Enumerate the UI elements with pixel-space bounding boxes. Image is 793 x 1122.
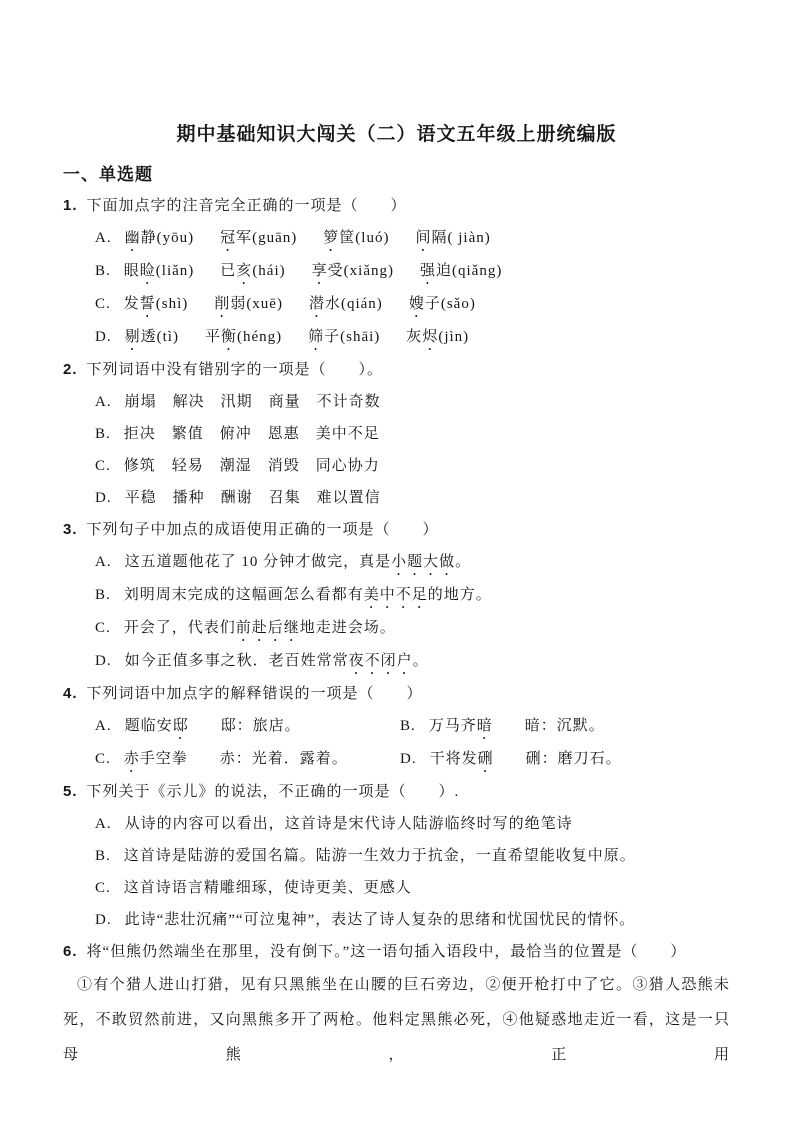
option-a: A.崩塌 解决 汛期 商量 不计奇数 [95, 386, 730, 418]
word-item: 平衡(héng) [205, 329, 282, 345]
option-text: 修筑 轻易 潮湿 消毁 同心协力 [124, 458, 380, 474]
option-label: B. [95, 426, 111, 442]
option-label: A. [95, 816, 112, 832]
question-stem-text: 将“但熊仍然端坐在那里，没有倒下。”这一语句插入语段中，最恰当的位置是（ ） [87, 944, 687, 960]
option-label: C. [95, 458, 111, 474]
word-item: 眼睑(liǎn) [124, 263, 195, 279]
word-item: 发誓(shì) [124, 296, 189, 312]
question-4: 4.下列词语中加点字的解释错误的一项是（ ） A.题临安邸 邸：旅店。 B.万马… [63, 678, 730, 776]
option-a: A.这五道题他花了 10 分钟才做完，真是小题大做。 [95, 546, 730, 579]
question-6: 6.将“但熊仍然端坐在那里，没有倒下。”这一语句插入语段中，最恰当的位置是（ ）… [63, 936, 730, 1073]
option-a: A.题临安邸 邸：旅店。 [95, 710, 400, 743]
question-3: 3.下列句子中加点的成语使用正确的一项是（ ） A.这五道题他花了 10 分钟才… [63, 514, 730, 678]
option-label: D. [400, 751, 417, 767]
option-c: C.开会了，代表们前赴后继地走进会场。 [95, 612, 730, 645]
word-item: 强迫(qiǎng) [420, 263, 502, 279]
option-label: A. [95, 394, 112, 410]
option-c: C.这首诗语言精雕细琢，使诗更美、更感人 [95, 872, 730, 904]
exam-document-page: 期中基础知识大闯关（二）语文五年级上册统编版 一、单选题 1.下面加点字的注音完… [0, 0, 793, 1122]
question-2: 2.下列词语中没有错别字的一项是（ ）。 A.崩塌 解决 汛期 商量 不计奇数 … [63, 354, 730, 514]
question-1: 1.下面加点字的注音完全正确的一项是（ ） A.幽静(yōu)冠军(guān)箩… [63, 190, 730, 354]
option-label: D. [95, 490, 112, 506]
option-text: 这首诗语言精雕细琢，使诗更美、更感人 [124, 880, 412, 896]
option-row: C.赤手空拳 赤：光着．露着。 D.干将发硎 硎：磨刀石。 [95, 743, 730, 776]
question-stem-text: 下列句子中加点的成语使用正确的一项是（ ） [87, 522, 439, 538]
option-b: B.拒决 繁值 俯冲 恩惠 美中不足 [95, 418, 730, 450]
option-d: D.此诗“悲壮沉痛”“可泣鬼神”，表达了诗人复杂的思绪和忧国忧民的情怀。 [95, 904, 730, 936]
option-label: D. [95, 329, 112, 345]
option-label: A. [95, 718, 112, 734]
option-text: 平稳 播种 酬谢 召集 难以置信 [125, 490, 381, 506]
question-number: 3. [63, 521, 78, 538]
question-number: 1. [63, 197, 78, 214]
question-1-stem: 1.下面加点字的注音完全正确的一项是（ ） [63, 190, 730, 222]
option-text: 这首诗是陆游的爱国名篇。陆游一生效力于抗金，一直希望能收复中原。 [124, 848, 636, 864]
word-item: 嫂子(sǎo) [409, 296, 476, 312]
word-item: 箩筐(luó) [323, 230, 389, 246]
question-4-stem: 4.下列词语中加点字的解释错误的一项是（ ） [63, 678, 730, 710]
option-label: D. [95, 653, 112, 669]
question-stem-text: 下列词语中加点字的解释错误的一项是（ ） [87, 686, 423, 702]
option-b: B.刘明周末完成的这幅画怎么看都有美中不足的地方。 [95, 579, 730, 612]
option-c: C.修筑 轻易 潮湿 消毁 同心协力 [95, 450, 730, 482]
question-2-stem: 2.下列词语中没有错别字的一项是（ ）。 [63, 354, 730, 386]
option-label: C. [95, 751, 111, 767]
word-item: 灰烬(jìn) [406, 329, 469, 345]
word-item: 筛子(shāi) [308, 329, 380, 345]
option-c: C.赤手空拳 赤：光着．露着。 [95, 743, 400, 776]
option-d: D.如今正值多事之秋．老百姓常常夜不闭户。 [95, 645, 730, 678]
question-number: 2. [63, 361, 78, 378]
option-text: 此诗“悲壮沉痛”“可泣鬼神”，表达了诗人复杂的思绪和忧国忧民的情怀。 [125, 912, 636, 928]
option-label: B. [95, 587, 111, 603]
question-5-stem: 5.下列关于《示儿》的说法，不正确的一项是（ ）. [63, 776, 730, 808]
question-number: 5. [63, 783, 78, 800]
option-label: C. [95, 296, 111, 312]
option-label: C. [95, 880, 111, 896]
option-row: A.题临安邸 邸：旅店。 B.万马齐暗 暗：沉默。 [95, 710, 730, 743]
option-label: B. [400, 718, 416, 734]
question-3-stem: 3.下列句子中加点的成语使用正确的一项是（ ） [63, 514, 730, 546]
question-5-options: A.从诗的内容可以看出，这首诗是宋代诗人陆游临终时写的绝笔诗 B.这首诗是陆游的… [63, 808, 730, 936]
question-stem-text: 下列词语中没有错别字的一项是（ ）。 [87, 362, 384, 378]
option-text: 从诗的内容可以看出，这首诗是宋代诗人陆游临终时写的绝笔诗 [125, 816, 573, 832]
option-b: B.这首诗是陆游的爱国名篇。陆游一生效力于抗金，一直希望能收复中原。 [95, 840, 730, 872]
word-item: 幽静(yōu) [125, 230, 195, 246]
option-d: D.剔透(tì)平衡(héng)筛子(shāi)灰烬(jìn) [95, 321, 730, 354]
option-d: D.干将发硎 硎：磨刀石。 [400, 743, 622, 776]
option-text: 这五道题他花了 10 分钟才做完，真是小题大做。 [125, 554, 472, 570]
option-label: A. [95, 230, 112, 246]
word-item: 间隔( jiàn) [415, 230, 490, 246]
option-text: 赤手空拳 赤：光着．露着。 [124, 751, 348, 767]
question-5: 5.下列关于《示儿》的说法，不正确的一项是（ ）. A.从诗的内容可以看出，这首… [63, 776, 730, 936]
page-title: 期中基础知识大闯关（二）语文五年级上册统编版 [63, 122, 730, 148]
question-3-options: A.这五道题他花了 10 分钟才做完，真是小题大做。 B.刘明周末完成的这幅画怎… [63, 546, 730, 678]
option-label: B. [95, 848, 111, 864]
option-text: 拒决 繁值 俯冲 恩惠 美中不足 [124, 426, 380, 442]
option-text: 如今正值多事之秋．老百姓常常夜不闭户。 [125, 653, 429, 669]
question-6-passage: ①有个猎人进山打猎，见有只黑熊坐在山腰的巨石旁边，②便开枪打中了它。③猎人恐熊未… [63, 968, 730, 1073]
option-d: D.平稳 播种 酬谢 召集 难以置信 [95, 482, 730, 514]
question-1-options: A.幽静(yōu)冠军(guān)箩筐(luó)间隔( jiàn) B.眼睑(l… [63, 222, 730, 354]
question-6-stem: 6.将“但熊仍然端坐在那里，没有倒下。”这一语句插入语段中，最恰当的位置是（ ） [63, 936, 730, 968]
word-item: 已亥(hái) [220, 263, 285, 279]
question-4-options: A.题临安邸 邸：旅店。 B.万马齐暗 暗：沉默。 C.赤手空拳 赤：光着．露着… [63, 710, 730, 776]
option-text: 万马齐暗 暗：沉默。 [429, 718, 605, 734]
option-text: 崩塌 解决 汛期 商量 不计奇数 [125, 394, 381, 410]
question-2-options: A.崩塌 解决 汛期 商量 不计奇数 B.拒决 繁值 俯冲 恩惠 美中不足 C.… [63, 386, 730, 514]
option-b: B.眼睑(liǎn)已亥(hái)享受(xiǎng)强迫(qiǎng) [95, 255, 730, 288]
word-item: 潜水(qián) [309, 296, 383, 312]
option-label: C. [95, 620, 111, 636]
option-text: 刘明周末完成的这幅画怎么看都有美中不足的地方。 [124, 587, 492, 603]
option-a: A.幽静(yōu)冠军(guān)箩筐(luó)间隔( jiàn) [95, 222, 730, 255]
option-b: B.万马齐暗 暗：沉默。 [400, 710, 605, 743]
word-item: 削弱(xuē) [214, 296, 283, 312]
question-number: 4. [63, 685, 78, 702]
option-text: 题临安邸 邸：旅店。 [125, 718, 301, 734]
word-item: 冠军(guān) [220, 230, 297, 246]
word-item: 享受(xiǎng) [312, 263, 394, 279]
question-stem-text: 下列关于《示儿》的说法，不正确的一项是（ ）. [87, 784, 460, 800]
word-item: 剔透(tì) [125, 329, 179, 345]
section-heading: 一、单选题 [63, 162, 730, 188]
option-text: 开会了，代表们前赴后继地走进会场。 [124, 620, 396, 636]
question-stem-text: 下面加点字的注音完全正确的一项是（ ） [87, 198, 407, 214]
option-a: A.从诗的内容可以看出，这首诗是宋代诗人陆游临终时写的绝笔诗 [95, 808, 730, 840]
question-number: 6. [63, 943, 78, 960]
option-text: 干将发硎 硎：磨刀石。 [430, 751, 622, 767]
option-c: C.发誓(shì)削弱(xuē)潜水(qián)嫂子(sǎo) [95, 288, 730, 321]
option-label: A. [95, 554, 112, 570]
option-label: B. [95, 263, 111, 279]
option-label: D. [95, 912, 112, 928]
